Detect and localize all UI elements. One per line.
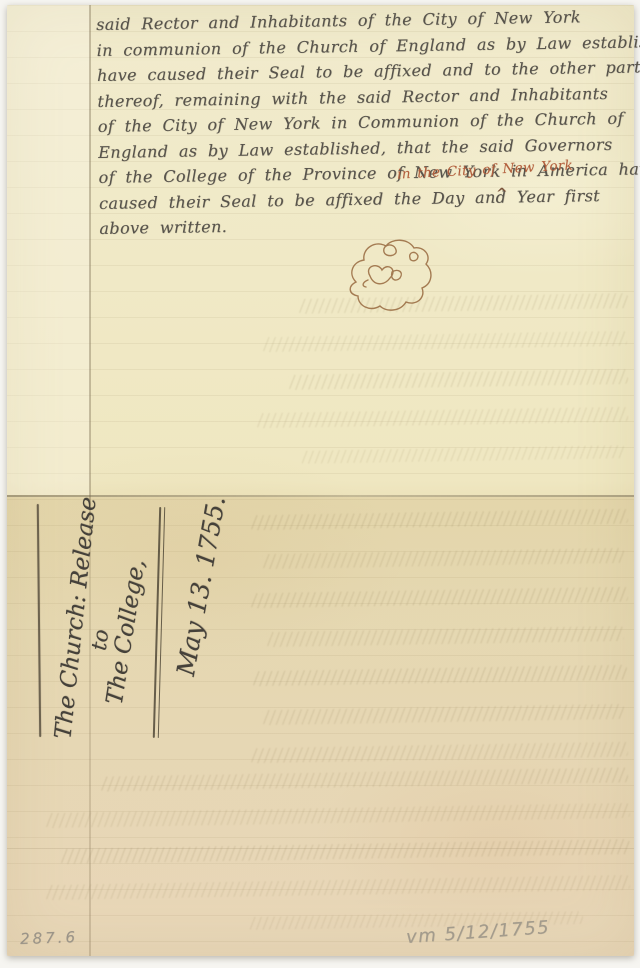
insertion-caret: ^ — [496, 186, 508, 202]
seal-flourish-icon — [340, 236, 432, 314]
archive-number-annotation: 287.6 — [20, 928, 79, 948]
manuscript-body: said Rector and Inhabitants of the City … — [96, 4, 640, 242]
folded-left-margin — [7, 5, 90, 495]
horizontal-crease — [7, 495, 634, 497]
manuscript-scan: said Rector and Inhabitants of the City … — [0, 0, 640, 968]
